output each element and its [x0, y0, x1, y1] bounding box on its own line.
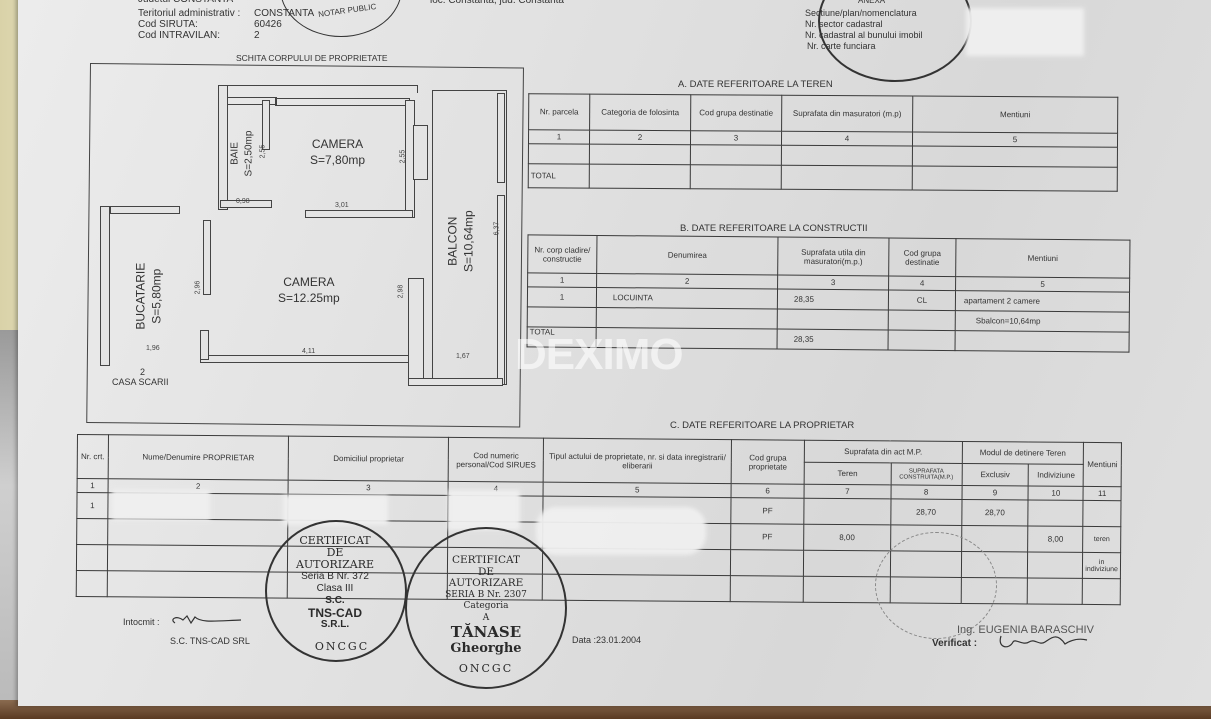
stair-number: 2	[140, 367, 145, 377]
stamp-line: Clasa III	[290, 583, 380, 595]
wall-camera1-top	[275, 98, 410, 106]
stamp-line: AUTORIZARE	[438, 578, 534, 590]
col-group-suprafata: Suprafata din act M.P.	[804, 440, 962, 463]
stamp-line: TĂNASE	[438, 624, 534, 641]
room-camera-2: CAMERAS=12.25mp	[278, 274, 340, 306]
cell	[777, 309, 888, 330]
index-cell: 2	[597, 273, 778, 289]
stair-label: CASA SCARII	[112, 377, 169, 387]
index-cell: 4	[889, 276, 956, 291]
index-cell: 6	[731, 484, 804, 499]
cell-teren	[804, 498, 891, 525]
dim-camera2-w: 4,11	[302, 348, 315, 355]
cell	[888, 310, 955, 331]
intocmit-label: Intocmit :	[123, 617, 160, 627]
stamp-line: CERTIFICAT	[438, 555, 534, 567]
section-c-title: C. DATE REFERITOARE LA PROPRIETAR	[670, 420, 854, 431]
cell-nume	[108, 519, 288, 546]
col-nr-crt: Nr. crt.	[77, 435, 108, 479]
table-total-row: TOTAL	[528, 164, 1117, 192]
cell	[912, 146, 1117, 167]
index-cell: 7	[804, 484, 891, 499]
dim-balcon-h: 6,37	[493, 222, 500, 236]
cell-mentiuni	[1083, 500, 1121, 526]
cell-indiviziune: 8,00	[1028, 526, 1083, 552]
stamp-2-text: CERTIFICAT DE AUTORIZARE SERIA B Nr. 230…	[438, 555, 534, 656]
index-cell: 5	[912, 132, 1117, 147]
index-cell: 4	[781, 131, 912, 146]
index-cell: 3	[690, 131, 781, 146]
cell-cod-grupa: PF	[731, 524, 804, 551]
siruta-value: 60426	[254, 19, 282, 30]
wall-top	[218, 85, 418, 93]
signature-verificat	[995, 628, 1095, 654]
cell	[781, 165, 912, 190]
col-cod-grupa: Cod grupa destinatie	[889, 238, 956, 277]
plan-title: SCHITA CORPULUI DE PROPRIETATE	[236, 53, 388, 63]
col-mentiuni: Mentiuni	[913, 96, 1118, 133]
cell-cod-grupa	[730, 576, 803, 603]
cell-nr: 1	[77, 493, 108, 519]
window-camera2	[408, 278, 424, 383]
col-group-modul: Modul de detinere Teren	[962, 441, 1084, 464]
cell	[596, 307, 777, 329]
cell-teren: 8,00	[804, 524, 891, 551]
watermark-logo: DEXIMO	[515, 330, 683, 380]
wall-balcon-bottom	[408, 378, 503, 386]
faded-stamp	[875, 532, 997, 639]
wall-camera1-bottom	[305, 210, 413, 218]
cell-cod: CL	[888, 290, 955, 311]
cell	[912, 166, 1117, 191]
index-cell: 1	[77, 479, 108, 493]
intravilan-label: Cod INTRAVILAN:	[138, 30, 220, 41]
total-value: 28,35	[777, 329, 888, 350]
col-nr-parcela: Nr. parcela	[529, 94, 590, 130]
col-exclusiv: Exclusiv	[962, 463, 1029, 486]
col-domiciliu: Domiciliul proprietar	[288, 436, 449, 481]
col-mentiuni: Mentiuni	[956, 239, 1130, 279]
judet-label: Judetul CONSTANTA	[138, 0, 233, 5]
cell	[955, 331, 1129, 353]
cell-nr: 1	[527, 287, 596, 308]
total-label: TOTAL	[528, 164, 589, 188]
stamp-1-text: CERTIFICAT DE AUTORIZARE Seria B Nr. 372…	[290, 535, 380, 631]
room-balcon: BALCONS=10,64mp	[445, 210, 477, 272]
dim-bucatarie-h: 2,96	[194, 281, 201, 295]
col-teren: Teren	[804, 462, 891, 485]
section-b-title: B. DATE REFERITOARE LA CONSTRUCTII	[680, 223, 868, 234]
cell	[690, 165, 781, 190]
cell-indiviziune	[1028, 578, 1083, 604]
cell-mentiuni: teren	[1083, 526, 1121, 552]
index-cell: 1	[528, 130, 589, 144]
wall-bucatarie-left	[100, 206, 110, 366]
cell	[589, 164, 690, 189]
cell	[527, 307, 596, 328]
col-indiviziune: Indiviziune	[1028, 464, 1083, 486]
stamp-line: AUTORIZARE	[290, 559, 380, 571]
redacted-owner-name	[112, 490, 210, 520]
col-suprafata: Suprafata din masuratori (m.p)	[782, 95, 913, 132]
col-nume: Nume/Denumire PROPRIETAR	[108, 435, 289, 480]
index-cell: 9	[962, 485, 1029, 500]
company-name: S.C. TNS-CAD SRL	[170, 636, 250, 646]
redacted-field	[966, 8, 1084, 56]
stamp-line: Categoria	[438, 601, 534, 613]
window-camera1	[413, 125, 428, 180]
dim-camera1-w: 3,01	[335, 202, 349, 209]
cell	[781, 145, 912, 166]
intravilan-value: 2	[254, 30, 260, 41]
col-suprafata-utila: Suprafata utila din masuratori(m.p.)	[778, 237, 889, 276]
col-categoria: Categoria de folosinta	[590, 94, 691, 131]
wall-camera2-bottom	[200, 355, 410, 363]
col-cod-grupa: Cod grupa destinatie	[691, 95, 782, 132]
dim-balcon-w: 1,67	[456, 353, 470, 360]
wall-baie-right	[262, 100, 270, 150]
cell-indiviziune	[1028, 552, 1083, 578]
cell-cod-grupa	[731, 550, 804, 577]
col-cnp: Cod numeric personal/Cod SIRUES	[449, 437, 544, 482]
cell-mentiuni: Sbalcon=10,64mp	[955, 311, 1129, 333]
wall-bucatarie-top	[110, 206, 180, 214]
stamp-line: S.R.L.	[290, 619, 380, 631]
dim-bucatarie-w: 1,96	[146, 345, 160, 352]
cell-mentiuni: in indiviziune	[1083, 552, 1121, 578]
cell-nr	[77, 519, 108, 545]
room-baie: BAIES=2,50mp	[228, 131, 255, 177]
redacted-cnp	[448, 490, 520, 530]
cell-exclusiv: 28,70	[961, 499, 1028, 526]
dim-camera1-h: 2,55	[399, 150, 406, 164]
index-cell: 11	[1083, 486, 1121, 500]
section-a-title: A. DATE REFERITOARE LA TEREN	[678, 79, 833, 90]
dim-camera2-h: 2,98	[397, 285, 404, 299]
index-cell: 1	[528, 273, 597, 288]
cell	[888, 330, 955, 351]
cell-nume	[107, 545, 287, 572]
table-header-row: Nr. corp cladire/ constructie Denumirea …	[528, 235, 1130, 278]
location-text: loc. Constanta, jud. Constanta	[430, 0, 564, 6]
col-construita: SUPRAFATA CONSTRUITA(M.P.)	[891, 463, 962, 486]
cell-nume	[107, 571, 287, 598]
cell-suprafata: 28,35	[777, 289, 888, 310]
cell-nr	[76, 570, 107, 596]
room-camera-1: CAMERAS=7,80mp	[310, 136, 365, 168]
siruta-label: Cod SIRUTA:	[138, 19, 198, 30]
cell-construita: 28,70	[890, 499, 961, 526]
index-cell: 3	[778, 275, 889, 290]
cell-mentiuni	[1083, 578, 1121, 604]
cell-denumirea: LOCUINTA	[596, 287, 777, 309]
teritoriu-label: Teritoriul administrativ :	[138, 8, 240, 19]
cell-nr	[76, 545, 107, 571]
stamp-line: Seria B Nr. 372	[290, 571, 380, 583]
stamp-2-bottom: ONCGC	[456, 662, 516, 675]
index-cell: 2	[589, 130, 690, 145]
cell-indiviziune	[1028, 500, 1083, 526]
signature-intocmit	[165, 611, 245, 631]
wall-bucatarie-right	[203, 220, 211, 295]
cell	[528, 144, 589, 164]
cell-act	[542, 574, 730, 601]
col-act: Tipul actului de proprietate, nr. si dat…	[543, 438, 731, 483]
col-denumirea: Denumirea	[597, 235, 778, 275]
dim-baie-w: 0,98	[236, 198, 250, 205]
stamp-line: Gheorghe	[438, 641, 534, 656]
table-teren: Nr. parcela Categoria de folosinta Cod g…	[528, 93, 1119, 192]
cell	[589, 144, 690, 165]
cell-mentiuni: apartament 2 camere	[955, 291, 1129, 313]
verificat-label: Verificat :	[932, 638, 977, 649]
index-cell: 10	[1028, 486, 1083, 500]
index-cell: 5	[543, 482, 731, 497]
col-mentiuni: Mentiuni	[1083, 442, 1121, 486]
cell	[690, 145, 781, 166]
cell-cod-grupa: PF	[731, 498, 804, 525]
stamp-line: TNS-CAD	[290, 607, 380, 619]
stamp-1-bottom: ONCGC	[312, 640, 372, 653]
index-cell: 5	[956, 277, 1130, 293]
index-cell: 3	[288, 480, 448, 495]
redacted-act	[536, 507, 706, 555]
dim-baie-h: 2,55	[259, 145, 266, 159]
door-jamb	[200, 330, 209, 360]
stamp-line: SERIA B Nr. 2307	[438, 590, 534, 602]
balcony-rail-top	[497, 93, 505, 183]
table-header-row: Nr. parcela Categoria de folosinta Cod g…	[529, 94, 1118, 134]
index-cell: 8	[891, 485, 962, 500]
document-date: Data :23.01.2004	[572, 635, 641, 645]
col-cod-grupa: Cod grupa proprietate	[731, 440, 804, 485]
col-nr-corp: Nr. corp cladire/ constructie	[528, 235, 597, 274]
room-bucatarie: BUCATARIES=5,80mp	[132, 263, 164, 330]
